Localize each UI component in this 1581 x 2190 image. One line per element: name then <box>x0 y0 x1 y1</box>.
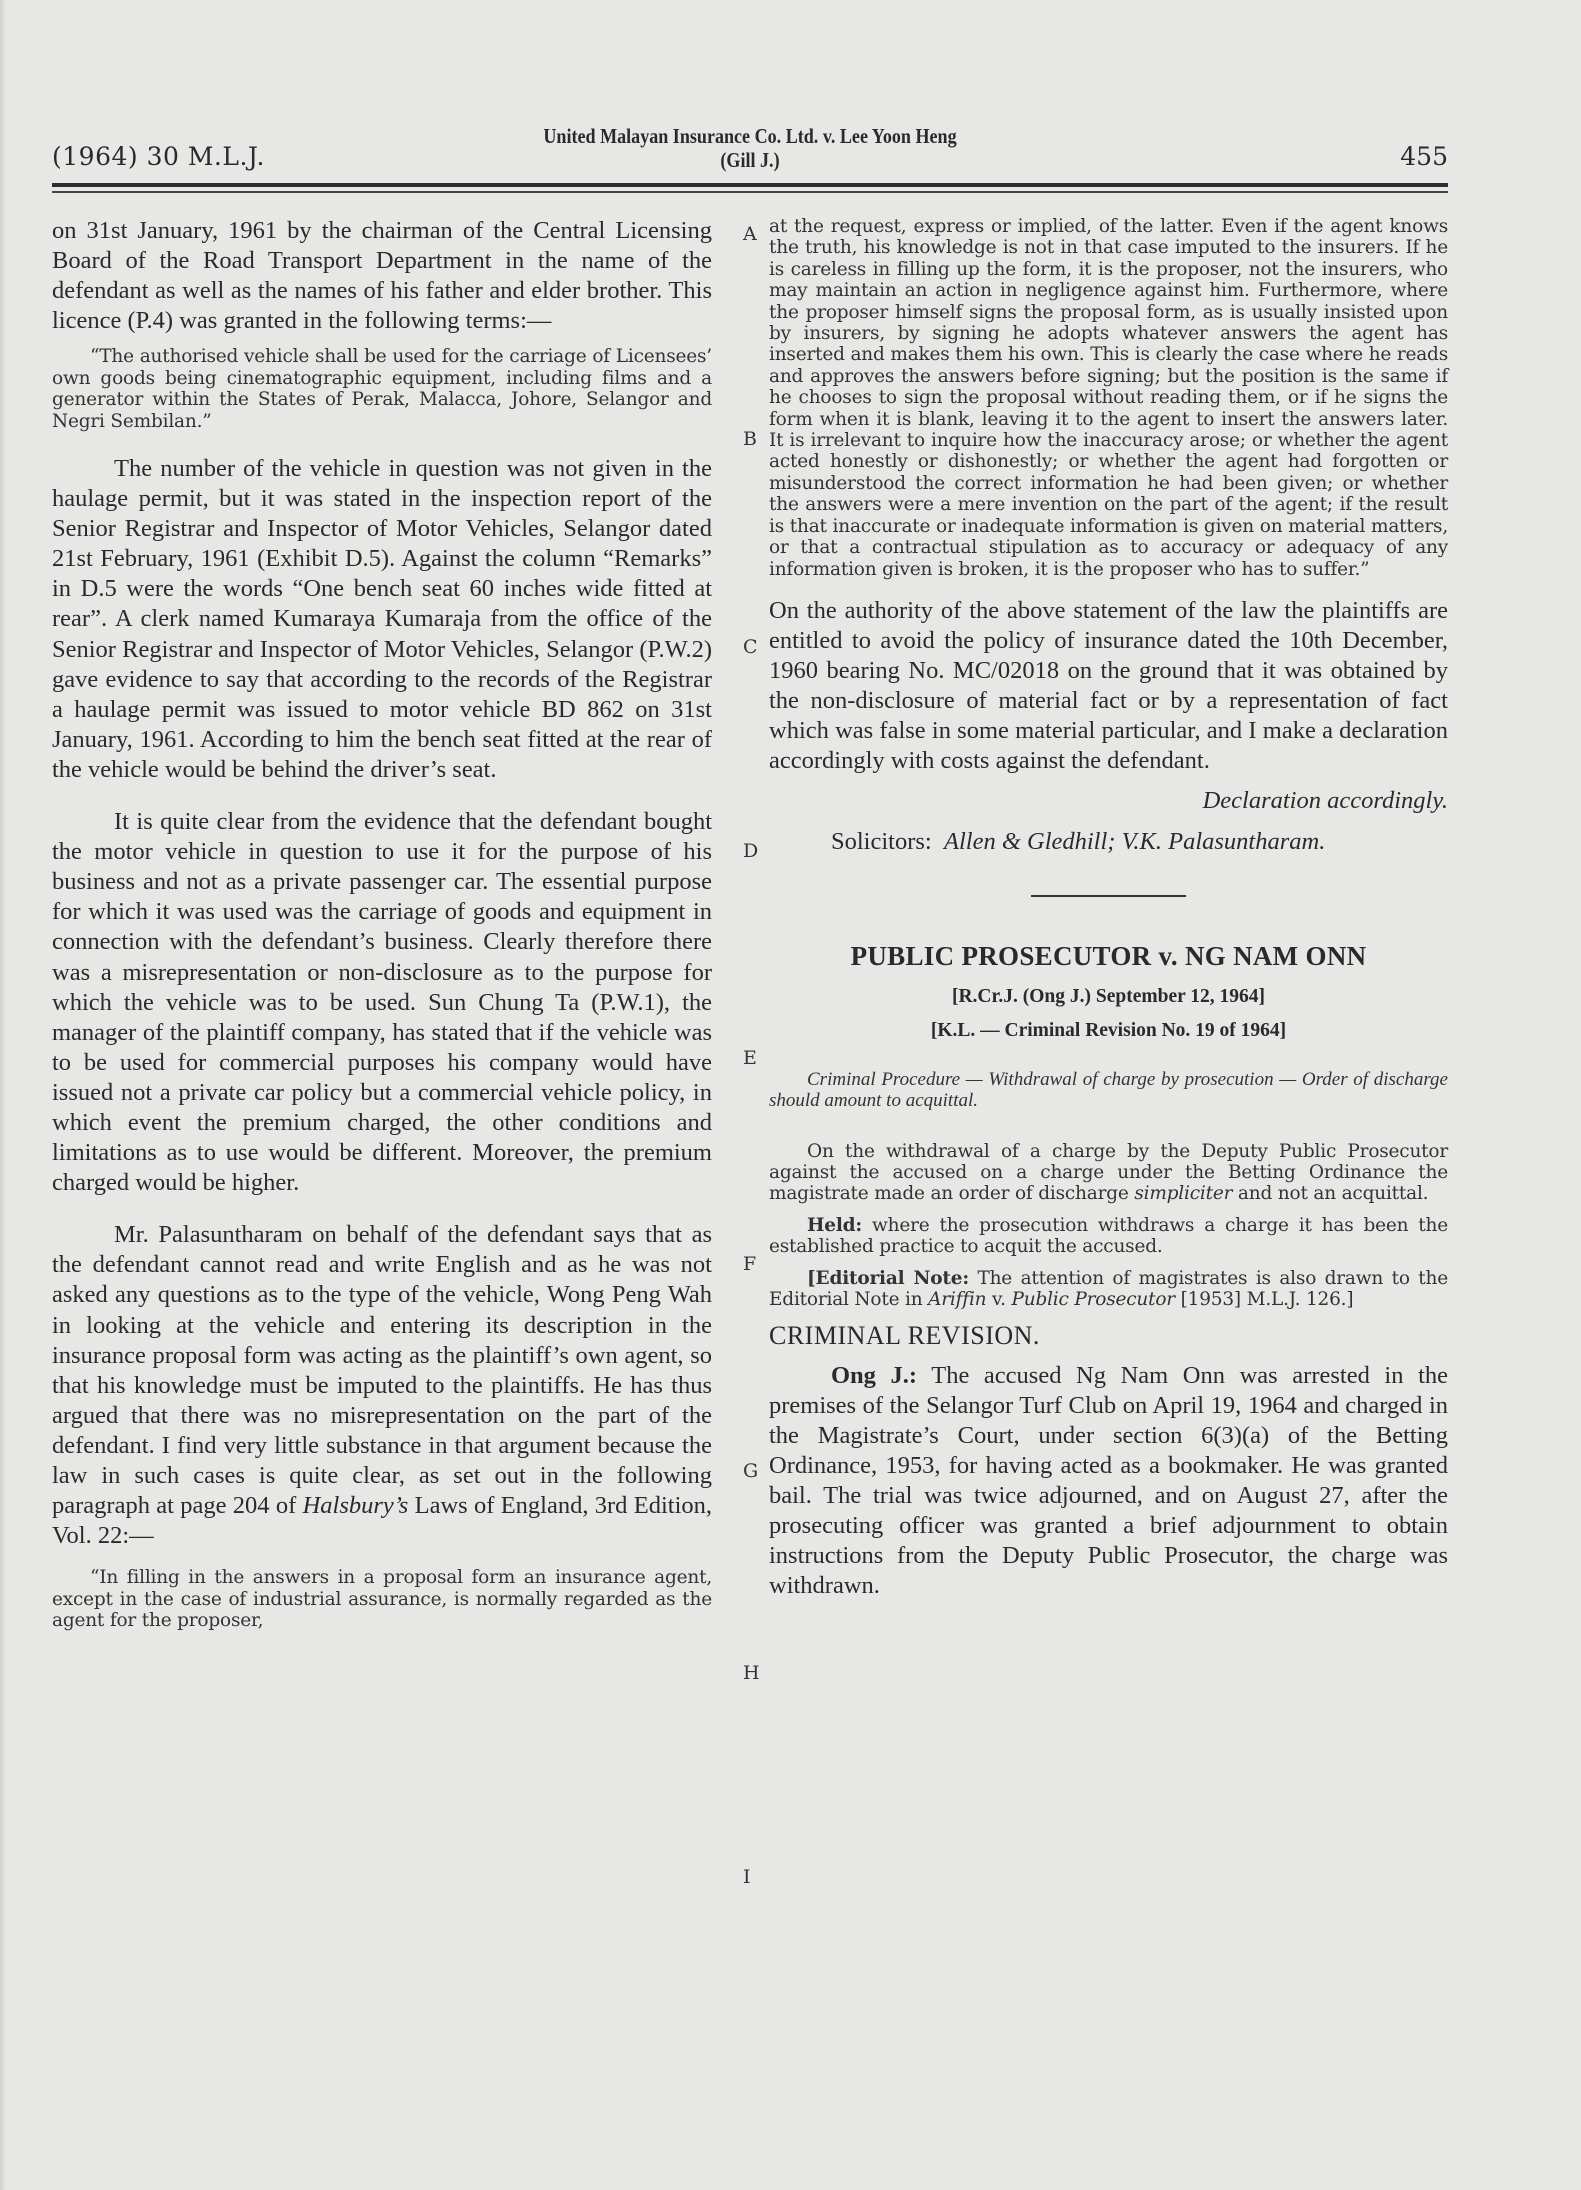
margin-letter-h: H <box>743 1662 760 1684</box>
headnote-italic-term: simpliciter <box>1134 1183 1232 1204</box>
held: Held: where the prosecution withdraws a … <box>769 1215 1448 1258</box>
headnote-text-end: and not an acquittal. <box>1232 1183 1428 1204</box>
paragraph-vehicle-number-text: The number of the vehicle in question wa… <box>52 455 712 783</box>
paragraph-evidence: It is quite clear from the evidence that… <box>52 807 712 1198</box>
quote-halsbury-start-text: “In filling in the answers in a proposal… <box>52 1567 712 1631</box>
held-text: where the prosecution withdraws a charge… <box>769 1215 1448 1257</box>
running-case-title-line1: United Malayan Insurance Co. Ltd. v. Lee… <box>449 124 1051 148</box>
section-heading: CRIMINAL REVISION. <box>769 1321 1448 1351</box>
catchwords: Criminal Procedure — Withdrawal of charg… <box>769 1069 1448 1112</box>
margin-letter-i: I <box>743 1866 751 1888</box>
margin-letter-a: A <box>743 223 757 245</box>
quote-licence-terms-text: “The authorised vehicle shall be used fo… <box>52 346 712 431</box>
judge-label: Ong J.: <box>831 1362 917 1389</box>
judgment-text: The accused Ng Nam Onn was arrested in t… <box>769 1362 1448 1600</box>
judgment-opening: Ong J.: The accused Ng Nam Onn was arres… <box>769 1361 1448 1602</box>
paragraph-defence-text: Mr. Palasuntharam on behalf of the defen… <box>52 1221 712 1519</box>
margin-letter-g: G <box>743 1460 758 1482</box>
case-number: [K.L. — Criminal Revision No. 19 of 1964… <box>769 1014 1448 1048</box>
case-title: PUBLIC PROSECUTOR v. NG NAM ONN <box>769 941 1448 972</box>
case-result: Declaration accordingly. <box>769 786 1448 816</box>
solicitors-names: Allen & Gledhill; V.K. Palasuntharam. <box>944 828 1325 855</box>
left-column: on 31st January, 1961 by the chairman of… <box>52 216 712 1632</box>
halsbury-citation: Halsbury’s <box>303 1492 409 1519</box>
margin-letter-d: D <box>743 840 758 862</box>
case-result-text: Declaration accordingly. <box>1203 787 1448 814</box>
paragraph-vehicle-number: The number of the vehicle in question wa… <box>52 454 712 785</box>
quote-halsbury-start: “In filling in the answers in a proposal… <box>52 1567 712 1631</box>
editorial-citation: [1953] M.L.J. 126.] <box>1175 1289 1353 1310</box>
paragraph-defence-argument: Mr. Palasuntharam on behalf of the defen… <box>52 1220 712 1551</box>
court-reference: [R.Cr.J. (Ong J.) September 12, 1964] <box>769 980 1448 1014</box>
editorial-cited-party-b: Public Prosecutor <box>1011 1289 1174 1310</box>
paragraph-licence: on 31st January, 1961 by the chairman of… <box>52 216 712 336</box>
paragraph-conclusion: On the authority of the above statement … <box>769 596 1448 777</box>
editorial-note: [Editorial Note: The attention of magist… <box>769 1268 1448 1311</box>
margin-letter-e: E <box>743 1047 757 1069</box>
right-column: at the request, express or implied, of t… <box>769 216 1448 1601</box>
header-rule-thick <box>52 183 1448 187</box>
margin-letter-c: C <box>743 636 758 658</box>
editorial-versus: v. <box>986 1289 1011 1310</box>
margin-letter-b: B <box>743 428 757 450</box>
running-case-title: United Malayan Insurance Co. Ltd. v. Lee… <box>449 124 1051 172</box>
page-edge-shadow <box>0 0 6 2190</box>
editorial-cited-party-a: Ariffin <box>928 1289 986 1310</box>
editorial-note-label: [Editorial Note: <box>807 1268 969 1289</box>
header-rule-thin <box>52 191 1448 193</box>
journal-citation: (1964) 30 M.L.J. <box>52 142 265 171</box>
held-label: Held: <box>807 1215 862 1236</box>
quote-licence-terms: “The authorised vehicle shall be used fo… <box>52 346 712 432</box>
catchwords-text: Criminal Procedure — Withdrawal of charg… <box>769 1069 1448 1112</box>
margin-letter-f: F <box>743 1253 756 1275</box>
solicitors-label: Solicitors: <box>831 828 932 855</box>
page-number: 455 <box>1390 142 1448 171</box>
paragraph-evidence-text: It is quite clear from the evidence that… <box>52 808 712 1196</box>
running-case-title-judge: (Gill J.) <box>449 148 1051 172</box>
solicitors-line: Solicitors: Allen & Gledhill; V.K. Palas… <box>769 827 1448 857</box>
headnote: On the withdrawal of a charge by the Dep… <box>769 1141 1448 1205</box>
quote-halsbury-continued: at the request, express or implied, of t… <box>769 216 1448 580</box>
